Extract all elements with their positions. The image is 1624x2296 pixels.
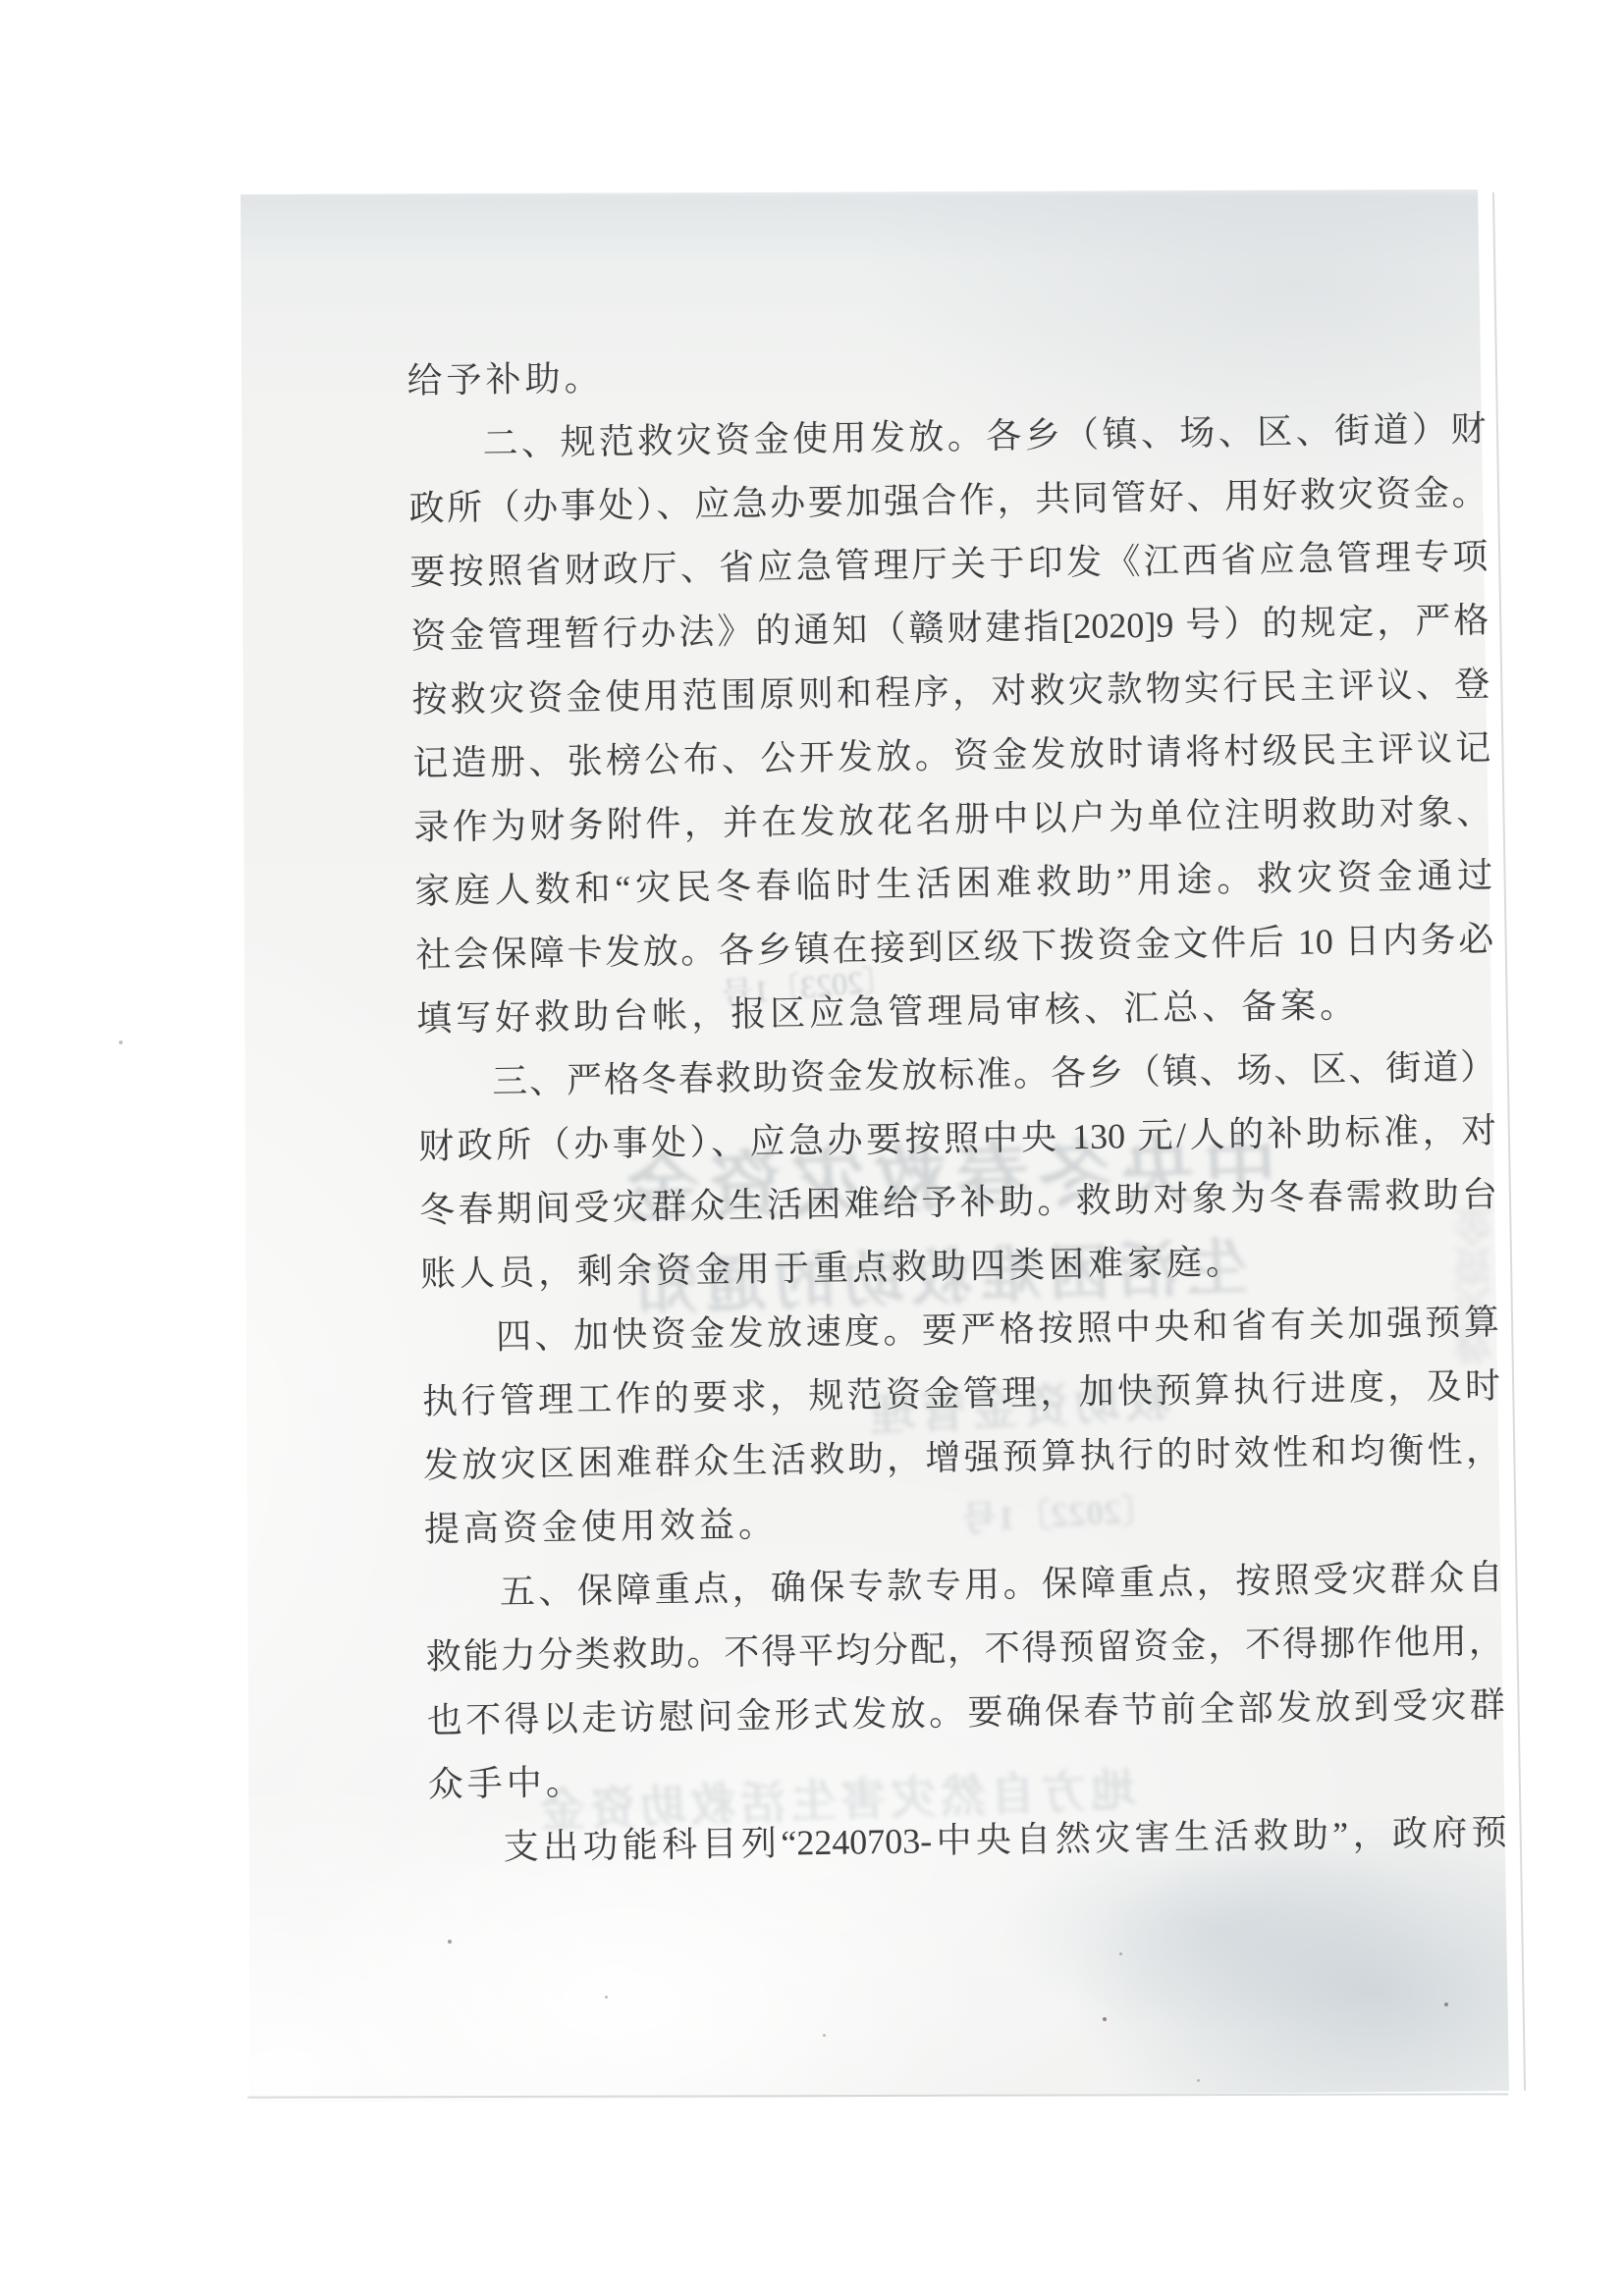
scan-speck: [119, 1041, 123, 1044]
document-body-text: 给予补助。 二、规范救灾资金使用发放。各乡（镇、场、区、街道）财 政所（办事处）…: [406, 334, 1507, 1881]
scanned-document-page: 〔2023〕1号 中央冬春救灾资金 生活困难救助的通知 救助资金管理 〔2022…: [0, 0, 1624, 2296]
